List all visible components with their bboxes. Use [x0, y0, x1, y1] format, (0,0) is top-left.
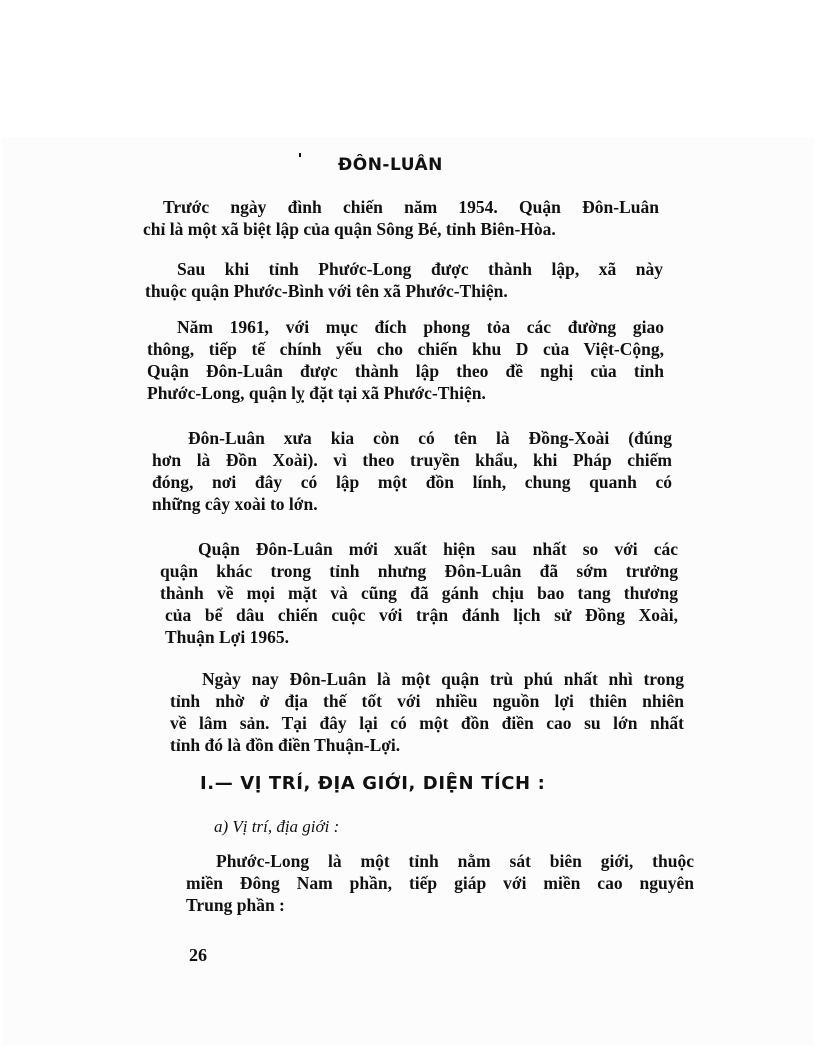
section-heading: I.— VỊ TRÍ, ĐỊA GIỚI, DIỆN TÍCH : [200, 773, 545, 794]
paragraph-line: của bể dâu chiến cuộc với trận đánh lịch… [160, 604, 678, 626]
paragraph-2: Sau khi tỉnh Phước-Long được thành lập, … [145, 258, 663, 302]
paragraph-line: Trước ngày đình chiến năm 1954. Quận Đôn… [143, 196, 659, 218]
page-number: 26 [189, 945, 207, 966]
paragraph-line: Quận Đôn-Luân mới xuất hiện sau nhất so … [160, 538, 678, 560]
paragraph-line: miền Đông Nam phần, tiếp giáp với miền c… [186, 872, 694, 894]
paragraph-line: Năm 1961, với mục đích phong tỏa các đườ… [147, 316, 664, 338]
paragraph-line: Quận Đôn-Luân được thành lập theo đề ngh… [147, 360, 664, 382]
paragraph-line: Ngày nay Đôn-Luân là một quận trù phú nh… [170, 668, 684, 690]
section-paragraph: Phước-Long là một tỉnh nằm sát biên giới… [186, 850, 694, 916]
paragraph-line: Trung phần : [186, 894, 694, 916]
paragraph-6: Ngày nay Đôn-Luân là một quận trù phú nh… [170, 668, 684, 756]
paragraph-3: Năm 1961, với mục đích phong tỏa các đườ… [147, 316, 664, 404]
paragraph-line: Sau khi tỉnh Phước-Long được thành lập, … [145, 258, 663, 280]
paragraph-line: tỉnh đó là đồn điền Thuận-Lợi. [170, 734, 684, 756]
page-title: ĐÔN-LUÂN [338, 155, 443, 175]
paragraph-line: hơn là Đồn Xoài). vì theo truyền khẩu, k… [152, 449, 672, 471]
paragraph-line: về lâm sản. Tại đây lại có một đồn điền … [170, 712, 684, 734]
paragraph-line: thông, tiếp tế chính yếu cho chiến khu D… [147, 338, 664, 360]
subsection-heading: a) Vị trí, địa giới : [214, 817, 339, 837]
paragraph-line: tỉnh nhờ ở địa thế tốt với nhiều nguồn l… [170, 690, 684, 712]
document-page: ĐÔN-LUÂN Trước ngày đình chiến năm 1954.… [0, 0, 816, 1056]
paragraph-line: Phước-Long là một tỉnh nằm sát biên giới… [186, 850, 694, 872]
paragraph-line: những cây xoài to lớn. [152, 493, 672, 515]
paragraph-line: Thuận Lợi 1965. [160, 626, 678, 648]
paragraph-line: thuộc quận Phước-Bình với tên xã Phước-T… [145, 280, 663, 302]
paragraph-4: Đôn-Luân xưa kia còn có tên là Đồng-Xoài… [152, 427, 672, 515]
paragraph-line: đóng, nơi đây có lập một đồn lính, chung… [152, 471, 672, 493]
paragraph-line: Phước-Long, quận lỵ đặt tại xã Phước-Thi… [147, 382, 664, 404]
paragraph-line: chỉ là một xã biệt lập của quận Sông Bé,… [143, 218, 659, 240]
paragraph-line: Đôn-Luân xưa kia còn có tên là Đồng-Xoài… [152, 427, 672, 449]
paragraph-5: Quận Đôn-Luân mới xuất hiện sau nhất so … [160, 538, 678, 648]
paragraph-line: thành về mọi mặt và cũng đã gánh chịu ba… [160, 582, 678, 604]
paragraph-1: Trước ngày đình chiến năm 1954. Quận Đôn… [143, 196, 659, 240]
paragraph-line: quận khác trong tỉnh nhưng Đôn-Luân đã s… [160, 560, 678, 582]
scan-speck [299, 153, 301, 157]
